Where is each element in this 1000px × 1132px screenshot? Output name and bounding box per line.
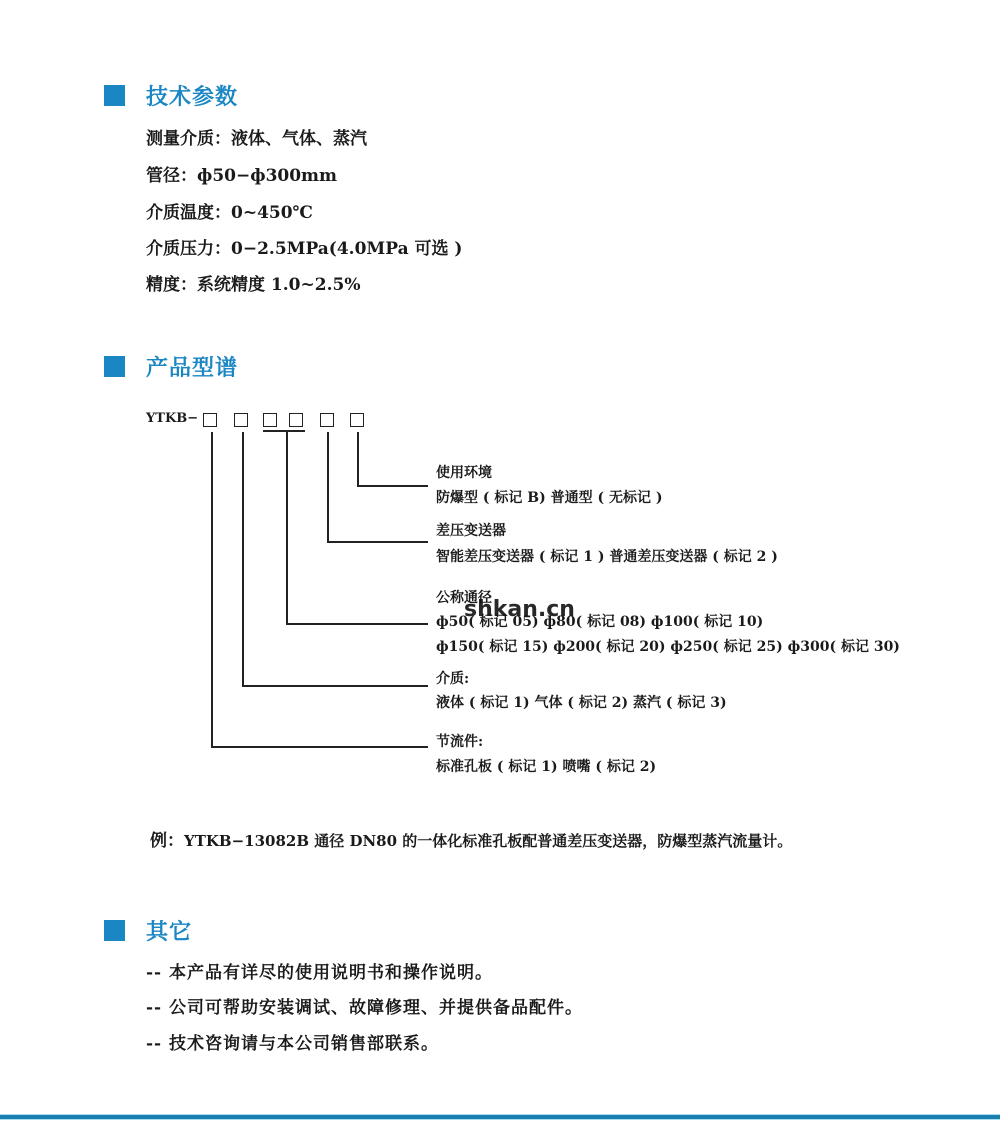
code-box-1 — [203, 413, 217, 427]
connector-line — [327, 541, 428, 543]
code-box-2 — [234, 413, 248, 427]
other-line-manual: -- 本产品有详尽的使用说明书和操作说明。 — [146, 958, 493, 983]
connector-line — [286, 432, 288, 624]
connector-line — [286, 623, 428, 625]
model-code-prefix: YTKB− — [146, 411, 198, 426]
code-box-group-underline — [263, 430, 305, 432]
code-box-6 — [350, 413, 364, 427]
section-square-icon — [104, 920, 125, 941]
group-desc-medium: 液体 ( 标记 1) 气体 ( 标记 2) 蒸汽 ( 标记 3) — [436, 692, 727, 712]
connector-line — [211, 746, 428, 748]
other-line-contact: -- 技术咨询请与本公司销售部联系。 — [146, 1029, 439, 1054]
code-box-3 — [263, 413, 277, 427]
watermark: shkan.cn — [464, 597, 575, 622]
section-title: 产品型谱 — [146, 351, 238, 382]
connector-line — [242, 685, 428, 687]
section-square-icon — [104, 356, 125, 377]
group-title-medium: 介质: — [436, 668, 469, 688]
group-title-transmitter: 差压变送器 — [436, 520, 506, 540]
connector-line — [211, 432, 213, 747]
group-desc-environment: 防爆型 ( 标记 B) 普通型 ( 无标记 ) — [436, 487, 662, 507]
connector-line — [242, 432, 244, 686]
spec-accuracy: 精度：系统精度 1.0~2.5% — [146, 270, 360, 295]
group-desc-throttle-element: 标准孔板 ( 标记 1) 喷嘴 ( 标记 2) — [436, 756, 656, 776]
code-box-4 — [289, 413, 303, 427]
connector-line — [357, 432, 359, 486]
spec-pipe-diameter: 管径：ф50−ф300mm — [146, 161, 337, 186]
group-title-environment: 使用环境 — [436, 462, 492, 482]
example-line: 例：YTKB−13082B 通径 DN80 的一体化标准孔板配普通差压变送器，防… — [150, 826, 792, 851]
example-text: YTKB−13082B 通径 DN80 的一体化标准孔板配普通差压变送器，防爆型… — [184, 832, 792, 850]
example-label: 例： — [150, 831, 184, 851]
section-header-model-spectrum: 产品型谱 — [104, 353, 238, 379]
spec-temperature: 介质温度：0~450℃ — [146, 198, 313, 223]
section-square-icon — [104, 85, 125, 106]
footer-divider — [0, 1115, 1000, 1119]
connector-line — [357, 485, 428, 487]
code-box-5 — [320, 413, 334, 427]
spec-medium: 测量介质：液体、气体、蒸汽 — [146, 124, 367, 149]
section-header-other: 其它 — [104, 917, 192, 943]
group-title-throttle-element: 节流件: — [436, 731, 483, 751]
section-header-tech-params: 技术参数 — [104, 82, 238, 108]
connector-line — [327, 432, 329, 542]
group-desc-transmitter: 智能差压变送器 ( 标记 1 ) 普通差压变送器 ( 标记 2 ) — [436, 546, 778, 566]
group-desc2-nominal-diameter: ф150( 标记 15) ф200( 标记 20) ф250( 标记 25) ф… — [436, 636, 900, 656]
section-title: 其它 — [146, 915, 192, 946]
spec-pressure: 介质压力：0−2.5MPa(4.0MPa 可选 ) — [146, 234, 462, 259]
section-title: 技术参数 — [146, 80, 238, 111]
other-line-service: -- 公司可帮助安装调试、故障修理、并提供备品配件。 — [146, 993, 583, 1018]
